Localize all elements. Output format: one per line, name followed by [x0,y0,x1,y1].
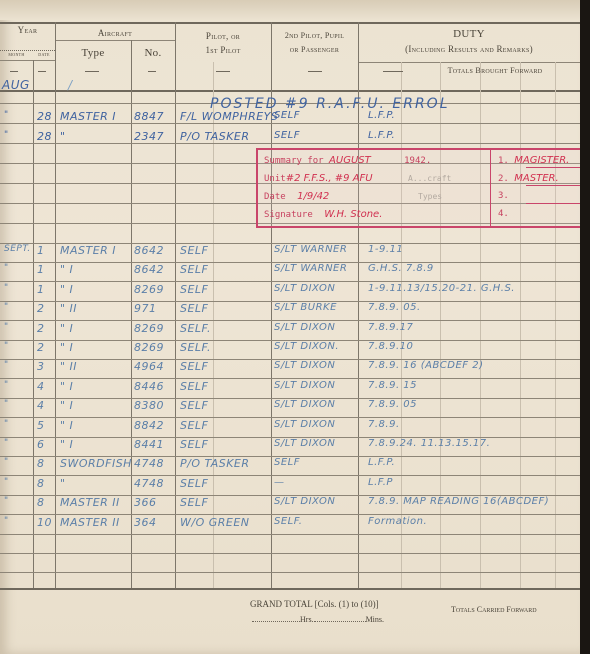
stamp-item-2: 2. MASTER. [498,173,559,184]
cell-second: S/LT DIXON [274,360,335,371]
cell-pilot: SELF [180,302,208,315]
cell-month: " [4,438,9,448]
cell-month: " [4,360,9,370]
cell-date: 8 [37,457,45,470]
cell-no: 8269 [134,341,164,354]
dash-pilot [216,71,230,72]
cell-type: " I [60,380,73,393]
cell-no: 366 [134,496,157,509]
cell-date: 28 [37,130,52,143]
row-rule [0,123,582,124]
header-top-rule [0,22,582,24]
cell-month: " [4,283,9,293]
faint-rule-3 [440,62,441,588]
cell-duty: Formation. [368,516,427,527]
cell-date: 3 [37,360,45,373]
grand-total-label: GRAND TOTAL [Cols. (1) to (10)] [250,599,379,609]
cell-duty: 1-9.11.13/15.20-21. G.H.S. [368,283,515,294]
row-rule [0,143,582,144]
header-duty-title: DUTY [358,28,580,40]
header-second-line2: or Passenger [271,45,358,54]
cell-date: 2 [37,302,45,315]
cell-date: 1 [37,263,45,276]
cell-date: 8 [37,477,45,490]
totals-carried-forward: Totals Carried Forward [451,605,537,614]
cell-type: " I [60,399,73,412]
cell-no: 364 [134,516,157,529]
cell-month: SEPT. [4,244,31,254]
month-aug: AUG [2,78,30,92]
dash-second [308,71,322,72]
footer-rule [0,588,582,590]
cell-no: 4964 [134,360,164,373]
cell-pilot: SELF [180,283,208,296]
cell-no: 8642 [134,263,164,276]
cell-type: MASTER II [60,516,120,529]
stamp-signature-label: Signature [264,210,313,220]
cell-second: S/LT DIXON [274,419,335,430]
cell-duty: 7.8.9. 05 [368,399,417,410]
cell-type: " I [60,322,73,335]
cell-month: " [4,477,9,487]
aircraft-sub-rule [55,40,175,41]
header-aircraft: Aircraft [55,28,175,38]
cell-duty: G.H.S. 7.8.9 [368,263,434,274]
cell-duty: L.F.P. [368,457,395,468]
header-pilot-line1: Pilot, or [175,31,271,41]
cell-type: MASTER I [60,244,116,257]
row-rule [0,475,582,476]
cell-pilot: SELF [180,477,208,490]
cell-duty: 7.8.9.17 [368,322,413,333]
cell-date: 4 [37,399,45,412]
cell-no: 4748 [134,477,164,490]
dash-month [10,71,18,72]
monthly-summary-stamp: Summary for AUGUST 1942. Unit#2 F.F.S., … [256,148,583,228]
col-rule-month [33,60,34,588]
stamp-divider [490,150,491,226]
header-totals-brought-forward: Totals Brought Forward [410,66,580,75]
cell-no: 8380 [134,399,164,412]
header-bottom-rule [0,90,582,92]
header-date: date [33,52,55,58]
cell-second: S/LT DIXON. [274,341,339,352]
row-rule [0,553,582,554]
logbook-page: Year month date Aircraft Type No. Pilot,… [0,0,582,654]
cell-type: " [60,130,66,143]
cell-second: — [274,477,285,488]
cell-type: " I [60,341,73,354]
stamp-item-4: 4. [498,209,509,219]
cell-date: 2 [37,322,45,335]
stamp-unit-value: #2 F.F.S., #9 AFU [286,173,373,184]
cell-duty: 1-9.11 [368,244,403,255]
page-edge-shadow [580,0,590,654]
cell-second: S/LT BURKE [274,302,337,313]
col-rule-date [55,22,56,588]
cell-month: " [4,380,9,390]
cell-second: S/LT DIXON [274,399,335,410]
cell-second: S/LT DIXON [274,496,335,507]
cell-month: " [4,419,9,429]
cell-pilot: SELF [180,438,208,451]
stamp-summary-label: Summary for [264,156,324,166]
stamp-summary-value: AUGUST [329,155,371,166]
cell-duty: 7.8.9.24. 11.13.15.17. [368,438,490,449]
cell-duty: 7.8.9. 05. [368,302,421,313]
cell-second: S/LT WARNER [274,263,347,274]
dash-duty [383,71,403,72]
cell-month: " [4,130,9,140]
cell-type: " II [60,360,77,373]
cell-type: MASTER II [60,496,120,509]
cell-date: 5 [37,419,45,432]
cell-second: SELF [274,457,300,468]
stamp-aircraft-label: A...craft [408,174,451,183]
cell-duty: L.F.P. [368,130,395,141]
cell-no: 4748 [134,457,164,470]
cell-no: 8842 [134,419,164,432]
cell-pilot: SELF [180,399,208,412]
cell-type: " I [60,438,73,451]
cell-no: 8446 [134,380,164,393]
cell-second: S/LT WARNER [274,244,347,255]
stamp-line-3 [526,203,581,204]
stamp-year: 1942. [404,156,431,166]
cell-no: 8269 [134,283,164,296]
cell-month: " [4,496,9,506]
cell-pilot: SELF. [180,322,211,335]
cell-second: S/LT DIXON [274,322,335,333]
cell-second: S/LT DIXON [274,438,335,449]
cell-no: 8847 [134,110,164,123]
cell-no: 8269 [134,322,164,335]
stamp-line-1 [526,167,581,168]
cell-second: SELF [274,130,300,141]
cell-date: 6 [37,438,45,451]
header-no: No. [131,47,175,59]
row-rule [0,572,582,573]
cell-no: 2347 [134,130,164,143]
cell-date: 28 [37,110,52,123]
cell-month: " [4,263,9,273]
cell-second: S/LT DIXON [274,380,335,391]
cell-type: " I [60,283,73,296]
cell-pilot: W/O GREEN [180,516,250,529]
cell-duty: L.F.P. [368,110,395,121]
dash-no [148,71,156,72]
date-slash: / [68,78,73,92]
cell-month: " [4,322,9,332]
cell-pilot: SELF [180,380,208,393]
hrs-label: Hrs. [300,615,314,624]
cell-date: 1 [37,283,45,296]
stamp-line-2 [526,185,581,186]
month-date-rule [0,60,55,61]
cell-pilot: SELF. [180,341,211,354]
stamp-types-label: Types [418,192,442,201]
header-month: month [0,52,33,58]
cell-date: 1 [37,244,45,257]
cell-type: MASTER I [60,110,116,123]
cell-duty: 7.8.9.10 [368,341,413,352]
cell-month: " [4,341,9,351]
col-rule-no [175,22,176,588]
cell-duty: L.F.P [368,477,393,488]
cell-date: 2 [37,341,45,354]
cell-pilot: SELF [180,419,208,432]
cell-type: " I [60,263,73,276]
faint-rule-5 [520,62,521,588]
cell-pilot: P/O TASKER [180,130,250,143]
cell-month: " [4,399,9,409]
cell-duty: 7.8.9. 16 (ABCDEF 2) [368,360,484,371]
mins-label: Mins. [366,615,384,624]
page-top-edge [0,0,582,20]
stamp-item-3: 3. [498,191,509,201]
cell-type: SWORDFISH [60,457,132,470]
cell-duty: 7.8.9. 15 [368,380,417,391]
header-duty-sub: (Including Results and Remarks) [358,44,580,54]
stamp-signature-value: W.H. Stone. [324,209,382,220]
cell-pilot: SELF [180,263,208,276]
faint-rule-4 [480,62,481,588]
cell-type: " I [60,419,73,432]
cell-no: 971 [134,302,157,315]
cell-duty: 7.8.9. MAP READING 16(ABCDEF) [368,496,549,507]
cell-second: S/LT DIXON [274,283,335,294]
faint-rule-6 [555,62,556,588]
cell-date: 4 [37,380,45,393]
cell-duty: 7.8.9. [368,419,400,430]
header-type: Type [55,47,131,59]
dash-type [85,71,99,72]
cell-no: 8642 [134,244,164,257]
cell-no: 8441 [134,438,164,451]
cell-second: SELF. [274,516,302,527]
stamp-item-1: 1. MAGISTER. [498,155,569,166]
dash-date [38,71,46,72]
cell-pilot: SELF [180,360,208,373]
row-rule [0,534,582,535]
header-pilot-line2: 1st Pilot [175,45,271,55]
header-year: Year [0,25,55,35]
cell-type: " [60,477,66,490]
stamp-date-value: 1/9/42 [297,191,329,202]
cell-month: " [4,110,9,120]
cell-date: 8 [37,496,45,509]
cell-second: SELF [274,110,300,121]
cell-month: " [4,516,9,526]
stamp-unit-label: Unit [264,174,286,184]
grand-total-hrs: Hrs.Mins. [252,615,384,624]
cell-pilot: SELF [180,496,208,509]
stamp-date-label: Date [264,192,286,202]
cell-pilot: F/L WOMPHREYS [180,110,278,123]
cell-month: " [4,302,9,312]
cell-type: " II [60,302,77,315]
duty-sub-rule [358,62,580,63]
cell-date: 10 [37,516,52,529]
cell-pilot: SELF [180,244,208,257]
header-second-line1: 2nd Pilot, Pupil [271,31,358,40]
cell-month: " [4,457,9,467]
cell-pilot: P/O TASKER [180,457,250,470]
